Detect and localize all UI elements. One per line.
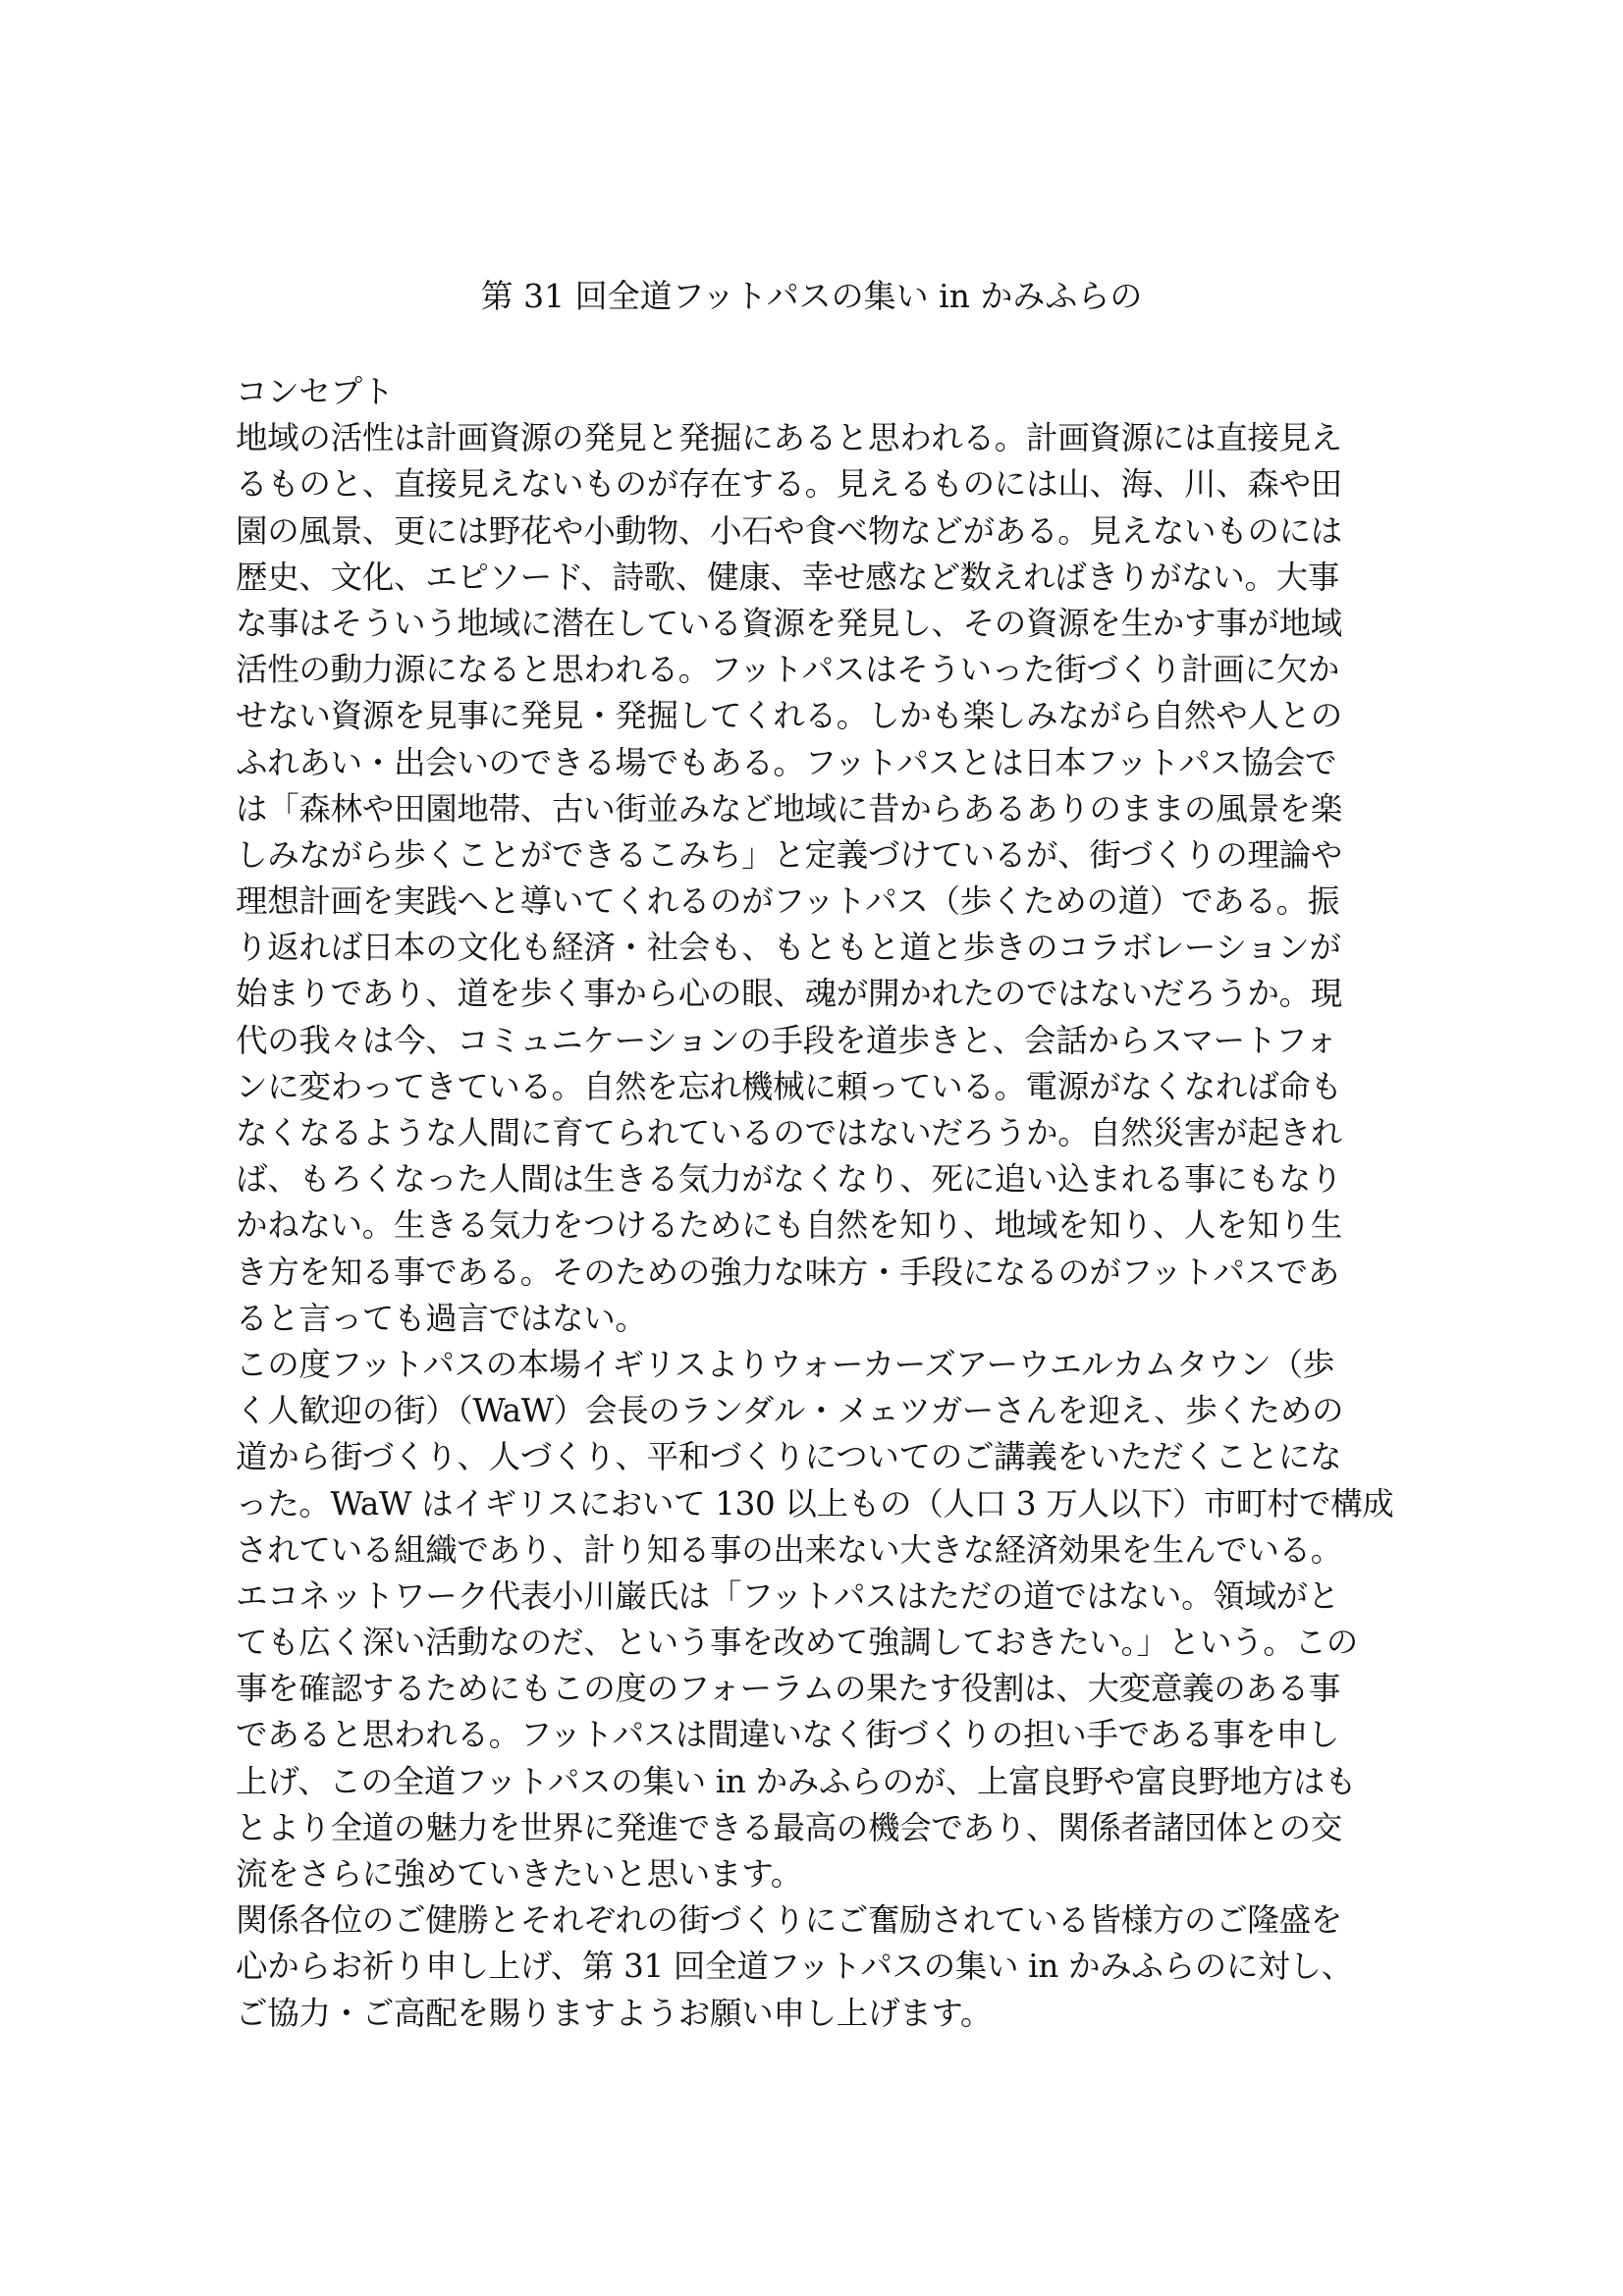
body-line: 代の我々は今、コミュニケーションの手段を道歩きと、会話からスマートフォ <box>236 1018 1404 1064</box>
body-line: しみながら歩くことができるこみち」と定義づけているが、街づくりの理論や <box>236 832 1404 879</box>
body-line: 関係各位のご健勝とそれぞれの街づくりにご奮励されている皆様方のご隆盛を <box>236 1897 1404 1944</box>
body-line: なくなるような人間に育てられているのではないだろうか。自然災害が起きれ <box>236 1110 1404 1156</box>
body-line: 理想計画を実践へと導いてくれるのがフットパス（歩くための道）である。振 <box>236 879 1404 925</box>
body-line: 心からお祈り申し上げ、第 31 回全道フットパスの集い in かみふらのに対し、 <box>236 1944 1404 1990</box>
body-line: 上げ、この全道フットパスの集い in かみふらのが、上富良野や富良野地方はも <box>236 1759 1404 1805</box>
body-line: ご協力・ご高配を賜りますようお願い申し上げます。 <box>236 1991 1404 2037</box>
body-line: るものと、直接見えないものが存在する。見えるものには山、海、川、森や田 <box>236 461 1404 507</box>
body-line: ンに変わってきている。自然を忘れ機械に頼っている。電源がなくなれば命も <box>236 1064 1404 1110</box>
document-body: コンセプト 地域の活性は計画資源の発見と発掘にあると思われる。計画資源には直接見… <box>236 369 1404 2037</box>
body-line: 歴史、文化、エピソード、詩歌、健康、幸せ感など数えればきりがない。大事 <box>236 555 1404 601</box>
body-line: 地域の活性は計画資源の発見と発掘にあると思われる。計画資源には直接見え <box>236 415 1404 461</box>
body-line: は「森林や田園地帯、古い街並みなど地域に昔からあるありのままの風景を楽 <box>236 786 1404 832</box>
body-line: ふれあい・出会いのできる場でもある。フットパスとは日本フットパス協会で <box>236 740 1404 786</box>
document-page: 第 31 回全道フットパスの集い in かみふらの コンセプト 地域の活性は計画… <box>0 0 1623 2296</box>
body-line: き方を知る事である。そのための強力な味方・手段になるのがフットパスであ <box>236 1250 1404 1296</box>
body-line: とより全道の魅力を世界に発進できる最高の機会であり、関係者諸団体との交 <box>236 1805 1404 1851</box>
body-line: エコネットワーク代表小川巌氏は「フットパスはただの道ではない。領域がと <box>236 1574 1404 1620</box>
body-line: されている組織であり、計り知る事の出来ない大きな経済効果を生んでいる。 <box>236 1527 1404 1574</box>
body-line: 始まりであり、道を歩く事から心の眼、魂が開かれたのではないだろうか。現 <box>236 971 1404 1017</box>
body-line: く人歓迎の街）（WaW）会長のランダル・メェツガーさんを迎え、歩くための <box>236 1388 1404 1434</box>
section-heading: コンセプト <box>236 369 1404 415</box>
body-line: 園の風景、更には野花や小動物、小石や食べ物などがある。見えないものには <box>236 508 1404 555</box>
body-line: かねない。生きる気力をつけるためにも自然を知り、地域を知り、人を知り生 <box>236 1202 1404 1249</box>
body-line: せない資源を見事に発見・発掘してくれる。しかも楽しみながら自然や人との <box>236 693 1404 739</box>
body-line: り返れば日本の文化も経済・社会も、もともと道と歩きのコラボレーションが <box>236 925 1404 971</box>
body-line: この度フットパスの本場イギリスよりウォーカーズアーウエルカムタウン（歩 <box>236 1342 1404 1388</box>
body-line: 道から街づくり、人づくり、平和づくりについてのご講義をいただくことにな <box>236 1434 1404 1480</box>
body-line: な事はそういう地域に潜在している資源を発見し、その資源を生かす事が地域 <box>236 601 1404 647</box>
document-title: 第 31 回全道フットパスの集い in かみふらの <box>0 275 1623 318</box>
body-line: った。WaW はイギリスにおいて 130 以上もの（人口 3 万人以下）市町村で… <box>236 1481 1404 1527</box>
body-line: ると言っても過言ではない。 <box>236 1296 1404 1342</box>
body-line: であると思われる。フットパスは間違いなく街づくりの担い手である事を申し <box>236 1712 1404 1758</box>
body-line: 活性の動力源になると思われる。フットパスはそういった街づくり計画に欠か <box>236 647 1404 693</box>
body-line: ても広く深い活動なのだ、という事を改めて強調しておきたい。」という。この <box>236 1620 1404 1666</box>
body-line: 事を確認するためにもこの度のフォーラムの果たす役割は、大変意義のある事 <box>236 1666 1404 1712</box>
body-line: ば、もろくなった人間は生きる気力がなくなり、死に追い込まれる事にもなり <box>236 1156 1404 1202</box>
body-line: 流をさらに強めていきたいと思います。 <box>236 1851 1404 1897</box>
